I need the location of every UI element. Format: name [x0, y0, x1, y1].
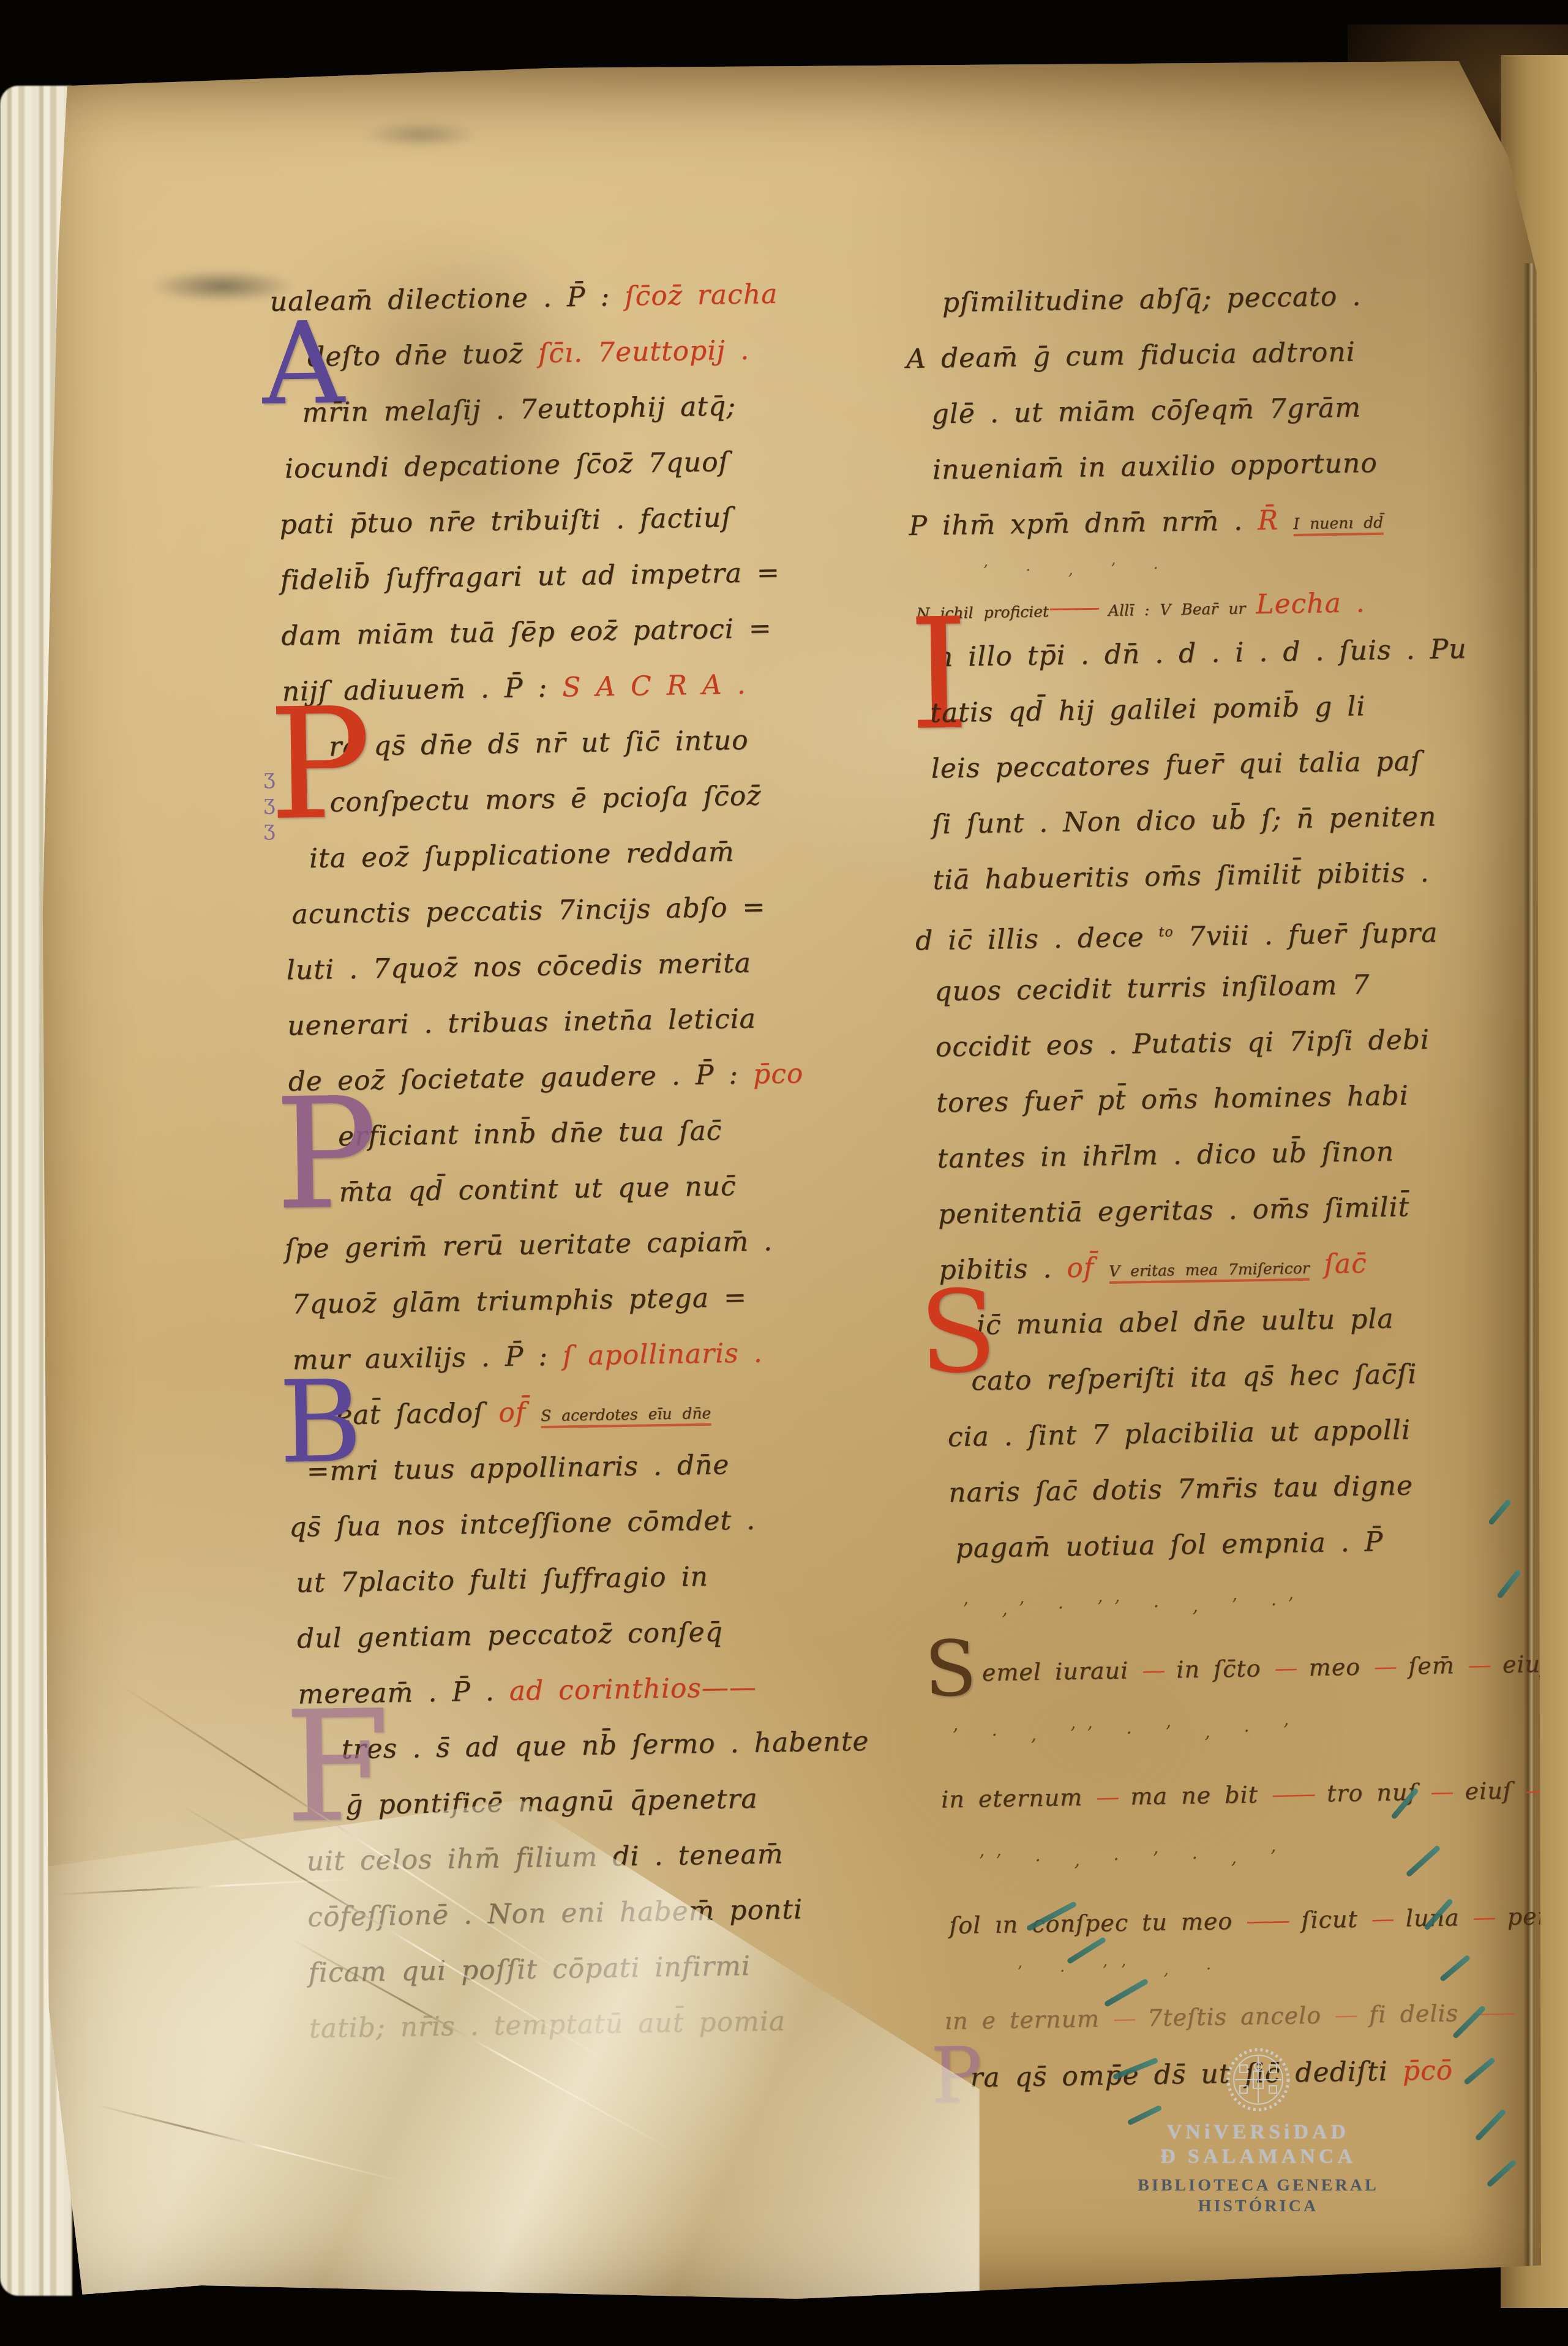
manuscript-text: ——	[1272, 1780, 1314, 1808]
manuscript-line: m̄ta qd̄ contint ut que nuc̄	[277, 1155, 921, 1221]
manuscript-line: penitentiā egeritas . om̄s ſimilit̄	[919, 1177, 1550, 1243]
manuscript-text: tores fuer̄ pt̄ om̄s homines habi	[936, 1080, 1409, 1119]
manuscript-text: pagam̄ uotiua ſol empnia . Р̄	[955, 1526, 1383, 1564]
manuscript-text: ſem̄	[1395, 1652, 1468, 1680]
rubric-text: ſc̄oz̄ racha	[625, 279, 778, 312]
margin-flourish: ʒʒʒ	[257, 765, 282, 842]
manuscript-text: to	[1158, 924, 1173, 940]
manuscript-line: Sic̄ munia abel dn̄e uultu pla	[921, 1289, 1552, 1354]
manuscript-line: acunctis peccatis 7incijs abſo =	[273, 877, 917, 942]
manuscript-line: fidelib̄ ſuffragari ut ad impetra =	[268, 542, 911, 608]
manuscript-text: —	[1335, 2001, 1356, 2029]
manuscript-text: penitentiā egeritas . om̄s ſimilit̄	[938, 1191, 1410, 1230]
neume-marks: ’ ,’ · ’’ · , ’ ·’	[962, 1594, 1305, 1621]
manuscript-text: fidelib̄ ſuffragari ut ad impetra =	[280, 557, 780, 596]
manuscript-line: qs̄ ſua nos intceſſione cōmdet .	[282, 1490, 926, 1555]
manuscript-text: ſol ın conſpec tu meo	[949, 1908, 1247, 1939]
manuscript-text: occidit eos . Putatis qi 7ipſi debi	[935, 1024, 1430, 1063]
manuscript-text: pſimilitudine abſq̄; peccato .	[942, 280, 1361, 318]
manuscript-text: eiuſ	[1451, 1777, 1526, 1805]
manuscript-line: occidit eos . Putatis qi 7ipſi debi	[917, 1010, 1548, 1076]
neume-marks: ’’ · , · ’ · , ’	[978, 1846, 1287, 1873]
manuscript-text: —	[1096, 1783, 1117, 1811]
manuscript-text: ſi ſunt . Non dico ub̄ ſ; n̄ peniten	[932, 801, 1437, 840]
rubric-text: Lecha .	[1256, 587, 1365, 620]
manuscript-text: uenerari . tribuas inetn̄a leticia	[287, 1003, 756, 1042]
manuscript-line: ’ ,’ · ’’ · , ’ ·’	[925, 1567, 1557, 1644]
rubric-text: of̄	[498, 1396, 541, 1428]
manuscript-line: naris ſac̄ dotis 7mr̄is tau digne	[924, 1456, 1555, 1521]
manuscript-text: qs̄ ſua nos intceſſione cōmdet .	[289, 1505, 756, 1543]
manuscript-text: inueniam̄ in auxilio opportuno	[932, 448, 1378, 485]
manuscript-line: ut 7placito fulti ſuffragio in	[283, 1545, 927, 1611]
manuscript-line: pati p̄tuo nr̄e tribuiſti . factiuſ	[267, 487, 910, 552]
manuscript-text: I nuenı dd̄	[1293, 514, 1383, 536]
manuscript-text: ra qs̄ omp̄e ds̄ ut ſic̄ dediſti	[970, 2056, 1403, 2094]
neume-marks: ’ · ’’ , ·	[1017, 1960, 1225, 1981]
manuscript-text: meo	[1295, 1653, 1374, 1681]
manuscript-text: S acerdotes eīu dn̄e	[541, 1404, 711, 1428]
manuscript-text: tres . s̄ ad que nb̄ ſermo . habente	[341, 1726, 869, 1766]
rubric-text: ſ apollinaris .	[563, 1337, 763, 1371]
manuscript-line: mur auxilijs . Р̄ : ſ apollinaris .	[280, 1322, 923, 1388]
manuscript-text: —	[1142, 1657, 1163, 1684]
manuscript-text: tatis qd̄ hij galilei pomib̄ g li	[930, 691, 1366, 729]
rubric-text: S A C R A .	[562, 669, 746, 703]
manuscript-text: emel iuraui	[982, 1657, 1142, 1686]
manuscript-text: A deam̄ ḡ cum fiducia adtroni	[906, 336, 1356, 375]
manuscript-line: Beat̄ ſacdoſ of̄ S acerdotes eīu dn̄e	[281, 1378, 925, 1444]
manuscript-line: tores fuer̄ pt̄ om̄s homines habi	[918, 1066, 1549, 1131]
rubric-text: p̄co	[753, 1058, 804, 1090]
manuscript-text: acunctis peccatis 7incijs abſo =	[291, 891, 766, 930]
manuscript-line: 7quoz̄ glām triumphis ptega =	[279, 1267, 923, 1332]
manuscript-text: tantes in ihr̄lm . dico ub̄ ſinon	[937, 1136, 1394, 1175]
rubric-text: p̄cō	[1402, 2055, 1453, 2086]
manuscript-text: ḡ pontificē magnū q̄penetra	[345, 1783, 758, 1821]
manuscript-line: ın e ternum — 7teſtis ancelo — fi delis …	[932, 1982, 1563, 2050]
rubric-text: of̄	[1067, 1252, 1109, 1284]
manuscript-text: iocundi depcatione ſc̄oz̄ 7quoſ	[285, 446, 730, 484]
stamp-library-name: BIBLIOTECA GENERAL HISTÓRICA	[1081, 2175, 1436, 2217]
manuscript-text: d ic̄ illis . dece	[915, 921, 1159, 956]
manuscript-line: mr̄in melaſij . 7euttophij atq̄;	[265, 375, 909, 441]
manuscript-line: quos cecidit turris inſiloam 7	[916, 954, 1547, 1020]
manuscript-line: tantes in ihr̄lm . dico ub̄ ſinon	[918, 1122, 1550, 1187]
column-left: ualeam̄ dilectione . Р̄ : ſc̄oz̄ rachaAd…	[263, 264, 934, 2057]
manuscript-line: conſpectu mors ē pcioſa ſc̄oz̄	[271, 765, 915, 831]
manuscript-line: Adeſto dn̄e tuoz̄ ſc̄ı. 7euttopij .	[264, 320, 907, 385]
manuscript-text: V eritas mea 7miſericor	[1109, 1259, 1310, 1284]
manuscript-text: ut 7placito fulti ſuffragio in	[296, 1561, 708, 1599]
manuscript-text: =mri tuus appollinaris . dn̄e	[306, 1449, 729, 1487]
manuscript-line: ſol ın conſpec tu meo —— ſicut — luna — …	[931, 1886, 1562, 1955]
manuscript-text: —	[1468, 1651, 1489, 1679]
manuscript-text: ſpe gerim̄ rerū ueritate capiam̄ .	[285, 1226, 773, 1265]
stitch-mark	[1474, 2108, 1506, 2142]
manuscript-text: ——	[1049, 591, 1098, 623]
stamp-university-name-2: Ð SALAMANCA	[1081, 2145, 1436, 2169]
manuscript-line: Pra qs̄ dn̄e ds̄ nr̄ ut ſic̄ intuo	[270, 710, 913, 775]
manuscript-line: ita eoz̄ ſupplicatione reddam̄	[272, 821, 915, 886]
manuscript-line: in eternum — ma ne bit —— tro nuſ — eiuſ…	[928, 1761, 1559, 1829]
manuscript-line: leis peccatores fuer̄ qui talia paſ	[912, 732, 1544, 797]
manuscript-line: ’ · , ’’ · ’ , · ’	[928, 1693, 1559, 1771]
manuscript-text: ma ne bit	[1117, 1781, 1272, 1810]
manuscript-text: glē . ut miām cōſeqm̄ 7grām	[931, 392, 1361, 430]
manuscript-text: in eternum	[941, 1783, 1097, 1813]
manuscript-line: d ic̄ illis . dece to 7viii . fuer̄ ſupr…	[915, 899, 1546, 964]
manuscript-line: cia . ſint 7 placibilia ut appolli	[923, 1400, 1554, 1466]
manuscript-line: inueniam̄ in auxilio opportuno	[907, 433, 1539, 498]
manuscript-text: —	[1374, 1653, 1395, 1681]
neume-marks: ’ · , ’ ·	[983, 559, 1172, 580]
manuscript-text: Allī : V Bear̄ ur	[1098, 599, 1256, 620]
manuscript-text: 7viii . fuer̄ ſupra	[1173, 917, 1438, 953]
manuscript-text: dam miām tuā ſēp eoz̄ patroci =	[281, 613, 772, 652]
manuscript-line: Pra qs̄ omp̄e ds̄ ut ſic̄ dediſti p̄cō	[933, 2041, 1564, 2106]
manuscript-text: Р ihm̄ xpm̄ dnm̄ nrm̄ .	[909, 505, 1258, 542]
manuscript-line: Semel iuraui — in ſc̄to — meo — ſem̄ — e…	[926, 1635, 1558, 1703]
manuscript-line: dam miām tuā ſēp eoz̄ patroci =	[269, 598, 912, 664]
manuscript-text: luti . 7quoz̄ nos cōcedis merita	[286, 948, 751, 986]
neume-marks: ’ · , ’’ · ’ , · ’	[952, 1720, 1300, 1747]
manuscript-text: 7teſtis ancelo	[1134, 2001, 1335, 2031]
manuscript-line: ſpe gerim̄ rerū ueritate capiam̄ .	[278, 1211, 921, 1276]
stitch-mark	[1127, 2105, 1163, 2126]
rubric-text: ad corinthios——	[509, 1672, 757, 1707]
manuscript-text: ——	[1246, 1907, 1288, 1935]
manuscript-line: Perficiant innb̄ dn̄e tua ſac̄	[276, 1100, 920, 1165]
manuscript-text: in ſc̄to	[1163, 1655, 1275, 1684]
manuscript-text: fi delis	[1356, 1999, 1472, 2028]
photo-background: ualeam̄ dilectione . Р̄ : ſc̄oz̄ rachaAd…	[0, 0, 1568, 2346]
manuscript-text: —	[1472, 1903, 1494, 1931]
manuscript-text: 7quoz̄ glām triumphis ptega =	[291, 1282, 747, 1321]
manuscript-line: A deam̄ ḡ cum fiducia adtroni	[906, 321, 1537, 387]
manuscript-line: tiā habueritis om̄s ſimilit̄ pibitis .	[914, 843, 1545, 909]
manuscript-line: cato reſperiſti ita qs̄ hec ſac̄ſi	[922, 1344, 1553, 1410]
manuscript-line: iocundi depcatione ſc̄oz̄ 7quoſ	[266, 431, 909, 497]
illuminated-initial: S	[924, 1638, 978, 1700]
manuscript-line: glē . ut miām cōſeqm̄ 7grām	[907, 377, 1538, 443]
manuscript-text: tiā habueritis om̄s ſimilit̄ pibitis .	[932, 857, 1430, 896]
manuscript-text: cia . ſint 7 placibilia ut appolli	[947, 1414, 1411, 1453]
manuscript-text: mr̄in melaſij . 7euttophij atq̄;	[302, 391, 736, 429]
manuscript-line: ’’ · , · ’ · , ’	[929, 1819, 1561, 1897]
rubric-text: ſc̄ı. 7euttopij .	[538, 335, 750, 369]
manuscript-line: pibitis . of̄ V eritas mea 7miſericor ſa…	[920, 1233, 1551, 1299]
manuscript-text: m̄ta qd̄ contint ut que nuc̄	[339, 1171, 737, 1208]
manuscript-text: ic̄ munia abel dn̄e uultu pla	[977, 1303, 1394, 1341]
manuscript-line: tatis qd̄ hij galilei pomib̄ g li	[912, 676, 1543, 741]
manuscript-text: pati p̄tuo nr̄e tribuiſti . factiuſ	[279, 502, 732, 541]
manuscript-page: ualeam̄ dilectione . Р̄ : ſc̄oz̄ rachaAd…	[18, 61, 1544, 2299]
stamp-university-name: VNiVERSiDAD	[1081, 2120, 1436, 2145]
manuscript-text: dul gentiam peccatoz̄ conſeq̄	[297, 1616, 724, 1654]
manuscript-text: quos cecidit turris inſiloam 7	[934, 969, 1370, 1007]
manuscript-line: ſi ſunt . Non dico ub̄ ſ; n̄ peniten	[913, 787, 1544, 853]
manuscript-text: ın e ternum	[944, 2005, 1113, 2034]
manuscript-line: pſimilitudine abſq̄; peccato .	[905, 266, 1536, 331]
manuscript-text: ra qs̄ dn̄e ds̄ nr̄ ut ſic̄ intuo	[329, 725, 749, 763]
rubric-text: ſac̄	[1309, 1248, 1367, 1280]
manuscript-line: Р ihm̄ xpm̄ dnm̄ nrm̄ . R̄ I nuenı dd̄	[909, 489, 1540, 554]
manuscript-text: erficiant innb̄ dn̄e tua ſac̄	[338, 1115, 722, 1152]
stitch-mark	[1486, 2159, 1517, 2188]
manuscript-text: ita eoz̄ ſupplicatione reddam̄	[309, 836, 735, 874]
manuscript-text: —	[1274, 1654, 1296, 1682]
manuscript-text: leis peccatores fuer̄ qui talia paſ	[931, 746, 1421, 785]
manuscript-text: naris ſac̄ dotis 7mr̄is tau digne	[948, 1470, 1413, 1508]
rubric-text: R̄	[1258, 504, 1294, 536]
manuscript-text: conſpectu mors ē pcioſa ſc̄oz̄	[329, 780, 762, 818]
erased-text-smudge	[349, 116, 508, 153]
manuscript-text: n illo tp̄i . dn̄ . d . i . d . ſuis . P…	[935, 634, 1467, 673]
manuscript-line: =mri tuus appollinaris . dn̄e	[282, 1434, 925, 1499]
manuscript-line: uenerari . tribuas inetn̄a leticia	[275, 988, 918, 1054]
manuscript-line: dul gentiam peccatoz̄ conſeq̄	[284, 1601, 928, 1666]
manuscript-line: ualeam̄ dilectione . Р̄ : ſc̄oz̄ racha	[263, 264, 907, 330]
manuscript-line: Ftres . s̄ ad que nb̄ ſermo . habente	[286, 1712, 929, 1778]
manuscript-text: —	[1430, 1778, 1452, 1805]
manuscript-line: In illo tp̄i . dn̄ . d . i . d . ſuis . …	[910, 620, 1542, 686]
manuscript-text: ſicut	[1288, 1905, 1371, 1933]
manuscript-text: —	[1371, 1905, 1392, 1933]
manuscript-line: luti . 7quoz̄ nos cōcedis merita	[274, 932, 917, 998]
manuscript-text: cato reſperiſti ita qs̄ hec ſac̄ſi	[971, 1359, 1417, 1396]
manuscript-line: pagam̄ uotiua ſol empnia . Р̄	[925, 1512, 1556, 1577]
manuscript-text: —	[1113, 2004, 1135, 2032]
column-right: pſimilitudine abſq̄; peccato .A deam̄ ḡ …	[905, 266, 1564, 2107]
